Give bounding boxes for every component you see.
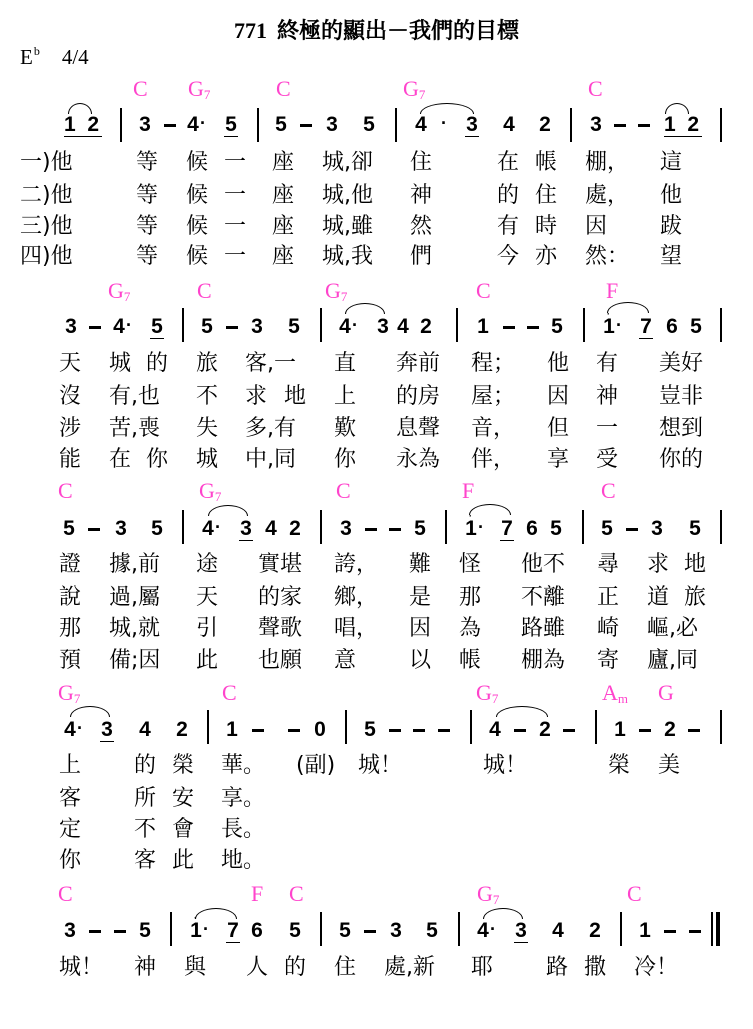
dash <box>164 124 176 127</box>
lyric: 城！ <box>483 755 527 777</box>
lyric: 等 <box>136 185 158 207</box>
lyric: 冷！ <box>634 957 678 979</box>
lyric: 你 <box>334 449 356 471</box>
dot: · <box>126 316 132 334</box>
note: 4 <box>186 114 200 135</box>
note: 6 <box>250 920 264 941</box>
lyric: 座 <box>272 216 294 238</box>
lyric: 此 <box>172 850 194 872</box>
lyric: 亦 <box>535 246 557 268</box>
slur <box>208 505 248 516</box>
chord: G7 <box>108 280 130 303</box>
lyric: 旅 <box>684 587 706 609</box>
lyric: 客 <box>59 788 81 810</box>
note: 1· <box>464 518 478 539</box>
lyric: 怪 <box>459 554 481 576</box>
lyric: 耶 <box>471 957 493 979</box>
note: 4 <box>338 316 352 337</box>
lyric: 引 <box>196 618 218 640</box>
final-barline-thick <box>716 912 720 946</box>
lyric: 不 <box>196 386 218 408</box>
note: 4 <box>112 316 126 337</box>
barline <box>170 912 172 946</box>
lyric: 候 <box>186 185 208 207</box>
lyric: 然 <box>410 216 432 238</box>
note: 2 <box>288 518 302 539</box>
lyric: 城,卻 <box>322 152 373 174</box>
note: 6 <box>525 518 539 539</box>
note: 1 <box>225 719 239 740</box>
lyric: 想到 <box>659 418 703 440</box>
lyric: 以 <box>409 650 431 672</box>
lyric: 是 <box>409 587 431 609</box>
lyric: 處,新 <box>384 957 435 979</box>
note: 4 <box>414 114 428 135</box>
note: 1· <box>189 920 203 941</box>
lyric: 涉 <box>59 418 81 440</box>
song-number: 771 <box>234 18 267 43</box>
lyric: 尋 <box>597 554 619 576</box>
dash <box>88 528 100 531</box>
barline <box>620 912 622 946</box>
dash <box>365 528 377 531</box>
lyric: 帳 <box>459 650 481 672</box>
dash <box>413 729 425 732</box>
note: 4 <box>63 719 77 740</box>
lyric: 崎 <box>597 618 619 640</box>
lyric: 享。 <box>221 788 265 810</box>
note: 4 <box>502 114 516 135</box>
lyric: 處， <box>585 185 629 207</box>
dash <box>226 326 238 329</box>
note: 3 <box>64 316 78 337</box>
note: 4 <box>551 920 565 941</box>
note: 3 <box>589 114 603 135</box>
chord: C <box>588 78 603 101</box>
barline <box>582 510 584 544</box>
lyric: 城,他 <box>322 185 373 207</box>
note: 3 <box>250 316 264 337</box>
note: 3 <box>114 518 128 539</box>
lyric: 意 <box>334 650 356 672</box>
dash <box>438 729 450 732</box>
note: 7 <box>226 920 240 943</box>
lyric: 在 <box>109 449 131 471</box>
note: 4 <box>138 719 152 740</box>
lyric: 時 <box>535 216 557 238</box>
note: 5 <box>288 920 302 941</box>
lyric: 長。 <box>221 819 265 841</box>
lyric: 安 <box>172 788 194 810</box>
lyric: 伴， <box>471 449 515 471</box>
lyric: 那 <box>59 618 81 640</box>
note: 7 <box>500 518 514 541</box>
barline <box>320 510 322 544</box>
chord: G7 <box>403 78 425 101</box>
barline <box>207 710 209 744</box>
lyric: 城,就 <box>109 618 160 640</box>
chord: G7 <box>476 682 498 705</box>
note: 2 <box>538 114 552 135</box>
lyric: 等 <box>136 152 158 174</box>
lyric: 棚為 <box>521 650 565 672</box>
dash <box>689 930 701 933</box>
lyric: 住 <box>410 152 432 174</box>
note: 0 <box>313 719 327 740</box>
lyric: 榮 <box>172 755 194 777</box>
lyric: 等 <box>136 246 158 268</box>
lyric: 沒 <box>59 386 81 408</box>
lyric: 程； <box>471 353 515 375</box>
barline <box>257 108 259 142</box>
lyric: 豈非 <box>659 386 703 408</box>
lyric: 有 <box>497 216 519 238</box>
barline <box>583 308 585 342</box>
lyric: 預 <box>59 650 81 672</box>
dash <box>389 729 401 732</box>
key-letter: E <box>20 45 33 69</box>
dot: · <box>77 719 83 737</box>
lyric: 榮 <box>608 755 630 777</box>
lyric: 候 <box>186 216 208 238</box>
lyric: 唱， <box>334 618 378 640</box>
lyric: 過,屬 <box>109 587 160 609</box>
lyric: 住 <box>334 957 356 979</box>
lyric: 路 <box>546 957 568 979</box>
lyric: 但 <box>547 418 569 440</box>
barline <box>345 710 347 744</box>
lyric: 城 <box>196 449 218 471</box>
lyric: 享 <box>547 449 569 471</box>
lyric: 直 <box>334 353 356 375</box>
lyric: 屋； <box>471 386 515 408</box>
time-signature: 4/4 <box>62 45 89 69</box>
lyric: 有,也 <box>109 386 160 408</box>
note: 5 <box>150 518 164 539</box>
note: 3 <box>465 114 479 137</box>
lyric: 鄉， <box>334 587 378 609</box>
chord: F <box>606 280 618 303</box>
note: 3 <box>339 518 353 539</box>
lyric: 座 <box>272 185 294 207</box>
barline <box>720 108 722 142</box>
dash <box>89 930 101 933</box>
lyric: 城！ <box>59 957 103 979</box>
lyric: 旅 <box>196 353 218 375</box>
chord: C <box>133 78 148 101</box>
chord: G <box>658 682 674 705</box>
lyric: 據,前 <box>109 554 160 576</box>
lyric: 與 <box>184 957 206 979</box>
note: 2 <box>175 719 189 740</box>
chord: G7 <box>58 682 80 705</box>
slur <box>469 504 511 515</box>
note: 5 <box>150 316 164 339</box>
lyric: 會 <box>172 819 194 841</box>
barline <box>720 308 722 342</box>
note: 1 <box>613 719 627 740</box>
chord: G7 <box>325 280 347 303</box>
lyric: 望 <box>660 246 682 268</box>
lyric: 聲歌 <box>258 618 302 640</box>
note: 5 <box>362 114 376 135</box>
chord: G7 <box>477 883 499 906</box>
note: 5 <box>287 316 301 337</box>
lyric: 苦,喪 <box>109 418 160 440</box>
lyric: 所 <box>134 788 156 810</box>
lyric: 帳 <box>535 152 557 174</box>
dot: · <box>352 316 358 334</box>
lyric: 候 <box>186 246 208 268</box>
barline <box>182 308 184 342</box>
lyric: 受 <box>596 449 618 471</box>
lyric: 求 <box>245 386 267 408</box>
lyric: 的家 <box>258 587 302 609</box>
lyric: (副) <box>296 755 335 777</box>
lyric: 寄 <box>597 650 619 672</box>
lyric: 美好 <box>659 353 703 375</box>
lyric: 的房 <box>396 386 440 408</box>
note: 3 <box>325 114 339 135</box>
lyric: 跋 <box>660 216 682 238</box>
chord: C <box>276 78 291 101</box>
note: 4 <box>476 920 490 941</box>
song-title: 771終極的顯出－我們的目標 <box>0 14 753 45</box>
dash <box>527 326 539 329</box>
lyric: 上 <box>334 386 356 408</box>
lyric: 道 <box>647 587 669 609</box>
dash <box>514 729 526 732</box>
lyric: 他不 <box>521 554 565 576</box>
lyric: 等 <box>136 216 158 238</box>
lyric: 因 <box>547 386 569 408</box>
chord: C <box>336 480 351 503</box>
note: 5 <box>363 719 377 740</box>
slur <box>70 706 110 717</box>
note: 7 <box>639 316 653 339</box>
lyric: 天 <box>196 587 218 609</box>
lyric: 撒 <box>584 957 606 979</box>
note: 1· <box>602 316 616 337</box>
note: 3 <box>63 920 77 941</box>
lyric: 人 <box>246 957 268 979</box>
dash <box>364 930 376 933</box>
note: 5 <box>338 920 352 941</box>
lyric: 也願 <box>258 650 302 672</box>
barline <box>470 710 472 744</box>
dash <box>288 729 300 732</box>
dash <box>614 124 626 127</box>
lyric: 城,雖 <box>322 216 373 238</box>
lyric: 城！ <box>358 755 402 777</box>
lyric: 證 <box>59 554 81 576</box>
lyric: 的 <box>284 957 306 979</box>
dot: · <box>616 316 622 334</box>
note: 3 <box>376 316 390 337</box>
note: 3 <box>239 518 253 541</box>
lyric: 這 <box>660 152 682 174</box>
chord: Am <box>602 682 628 705</box>
slur <box>483 908 523 919</box>
note: 4 <box>488 719 502 740</box>
lyric: 你 <box>59 850 81 872</box>
lyric: 備;因 <box>109 650 160 672</box>
dot: · <box>478 518 484 536</box>
chord: C <box>58 883 73 906</box>
lyric: 神 <box>410 185 432 207</box>
lyric: 地。 <box>221 850 265 872</box>
note: 5 <box>688 518 702 539</box>
barline <box>720 710 722 744</box>
dot: · <box>490 920 496 938</box>
note: 5 <box>224 114 238 137</box>
lyric: 路雖 <box>521 618 565 640</box>
song-name: 終極的顯出－我們的目標 <box>277 18 519 44</box>
lyric: 那 <box>459 587 481 609</box>
lyric: 棚， <box>585 152 629 174</box>
lyric: 奔前 <box>396 353 440 375</box>
lyric: 的 <box>497 185 519 207</box>
note: 3 <box>138 114 152 135</box>
lyric: 的 <box>134 755 156 777</box>
note: 3 <box>514 920 528 943</box>
lyric: 上 <box>59 755 81 777</box>
lyric: 神 <box>596 386 618 408</box>
lyric: 城 <box>109 353 131 375</box>
dash <box>252 729 264 732</box>
note: 4 <box>264 518 278 539</box>
note: 3 <box>650 518 664 539</box>
lyric: 多,有 <box>245 418 296 440</box>
note-group: 1 2 <box>64 114 102 137</box>
barline <box>720 510 722 544</box>
note: 5 <box>550 316 564 337</box>
note: 5 <box>689 316 703 337</box>
note: 3 <box>100 719 114 742</box>
barline <box>320 912 322 946</box>
note: 5 <box>274 114 288 135</box>
dash <box>503 326 515 329</box>
key-flat: b <box>34 44 40 58</box>
lyric: 一 <box>596 418 618 440</box>
lyric: 美 <box>658 755 680 777</box>
dash <box>639 729 651 732</box>
note: 5 <box>138 920 152 941</box>
lyric: 地 <box>684 554 706 576</box>
barline <box>395 108 397 142</box>
lyric: 候 <box>186 152 208 174</box>
lyric: 客 <box>134 850 156 872</box>
chord: C <box>476 280 491 303</box>
lyric: 一 <box>224 216 246 238</box>
barline <box>320 308 322 342</box>
note: 2 <box>663 719 677 740</box>
lyric: 難 <box>409 554 431 576</box>
barline <box>456 308 458 342</box>
lyric: 嶇,必 <box>647 618 698 640</box>
dash <box>114 930 126 933</box>
lyric: 因 <box>409 618 431 640</box>
note: 2 <box>538 719 552 740</box>
dash <box>563 729 575 732</box>
chord: C <box>289 883 304 906</box>
lyric: 求 <box>647 554 669 576</box>
dash <box>688 729 700 732</box>
lyric: 途 <box>196 554 218 576</box>
note: 4 <box>201 518 215 539</box>
lyric: 中,同 <box>245 449 296 471</box>
chord: C <box>58 480 73 503</box>
lyric: 歎 <box>334 418 356 440</box>
note: 5 <box>600 518 614 539</box>
lyric: 客,一 <box>245 353 296 375</box>
lyric: 然： <box>585 246 629 268</box>
lyric: 誇， <box>334 554 378 576</box>
lyric: 不離 <box>521 587 565 609</box>
note: 5 <box>425 920 439 941</box>
lyric: 一 <box>224 152 246 174</box>
lyric: 二)他 <box>20 185 73 207</box>
lyric: 座 <box>272 246 294 268</box>
note: 2 <box>588 920 602 941</box>
lyric: 三)他 <box>20 216 73 238</box>
note: 2 <box>419 316 433 337</box>
chord: G7 <box>188 78 210 101</box>
lyric: 廬,同 <box>647 650 698 672</box>
barline <box>458 912 460 946</box>
barline <box>570 108 572 142</box>
chord: G7 <box>199 480 221 503</box>
lyric: 他 <box>660 185 682 207</box>
dot: · <box>200 114 206 132</box>
dash <box>300 124 312 127</box>
note: 5 <box>413 518 427 539</box>
chord: F <box>251 883 263 906</box>
barline <box>595 710 597 744</box>
slur <box>195 908 237 919</box>
note: 4 <box>396 316 410 337</box>
lyric: 正 <box>597 587 619 609</box>
dash <box>626 528 638 531</box>
lyric: 地 <box>284 386 306 408</box>
lyric: 因 <box>585 216 607 238</box>
lyric: 他 <box>547 353 569 375</box>
lyric: 們 <box>410 246 432 268</box>
note-group: 1 2 <box>664 114 702 137</box>
note: 6 <box>665 316 679 337</box>
chord: C <box>197 280 212 303</box>
note: 5 <box>62 518 76 539</box>
lyric: 住 <box>535 185 557 207</box>
lyric: 定 <box>59 819 81 841</box>
slur <box>345 303 385 314</box>
lyric: 座 <box>272 152 294 174</box>
dash <box>89 326 101 329</box>
note: 5 <box>200 316 214 337</box>
slur <box>607 302 649 313</box>
lyric: 實堪 <box>258 554 302 576</box>
lyric: 神 <box>134 957 156 979</box>
lyric: 為 <box>459 618 481 640</box>
lyric: 今 <box>497 246 519 268</box>
dash <box>638 124 650 127</box>
lyric: 息聲 <box>396 418 440 440</box>
lyric: 失 <box>196 418 218 440</box>
dot: · <box>203 920 209 938</box>
dot: · <box>215 518 221 536</box>
lyric: 的 <box>146 353 168 375</box>
dash <box>664 930 676 933</box>
